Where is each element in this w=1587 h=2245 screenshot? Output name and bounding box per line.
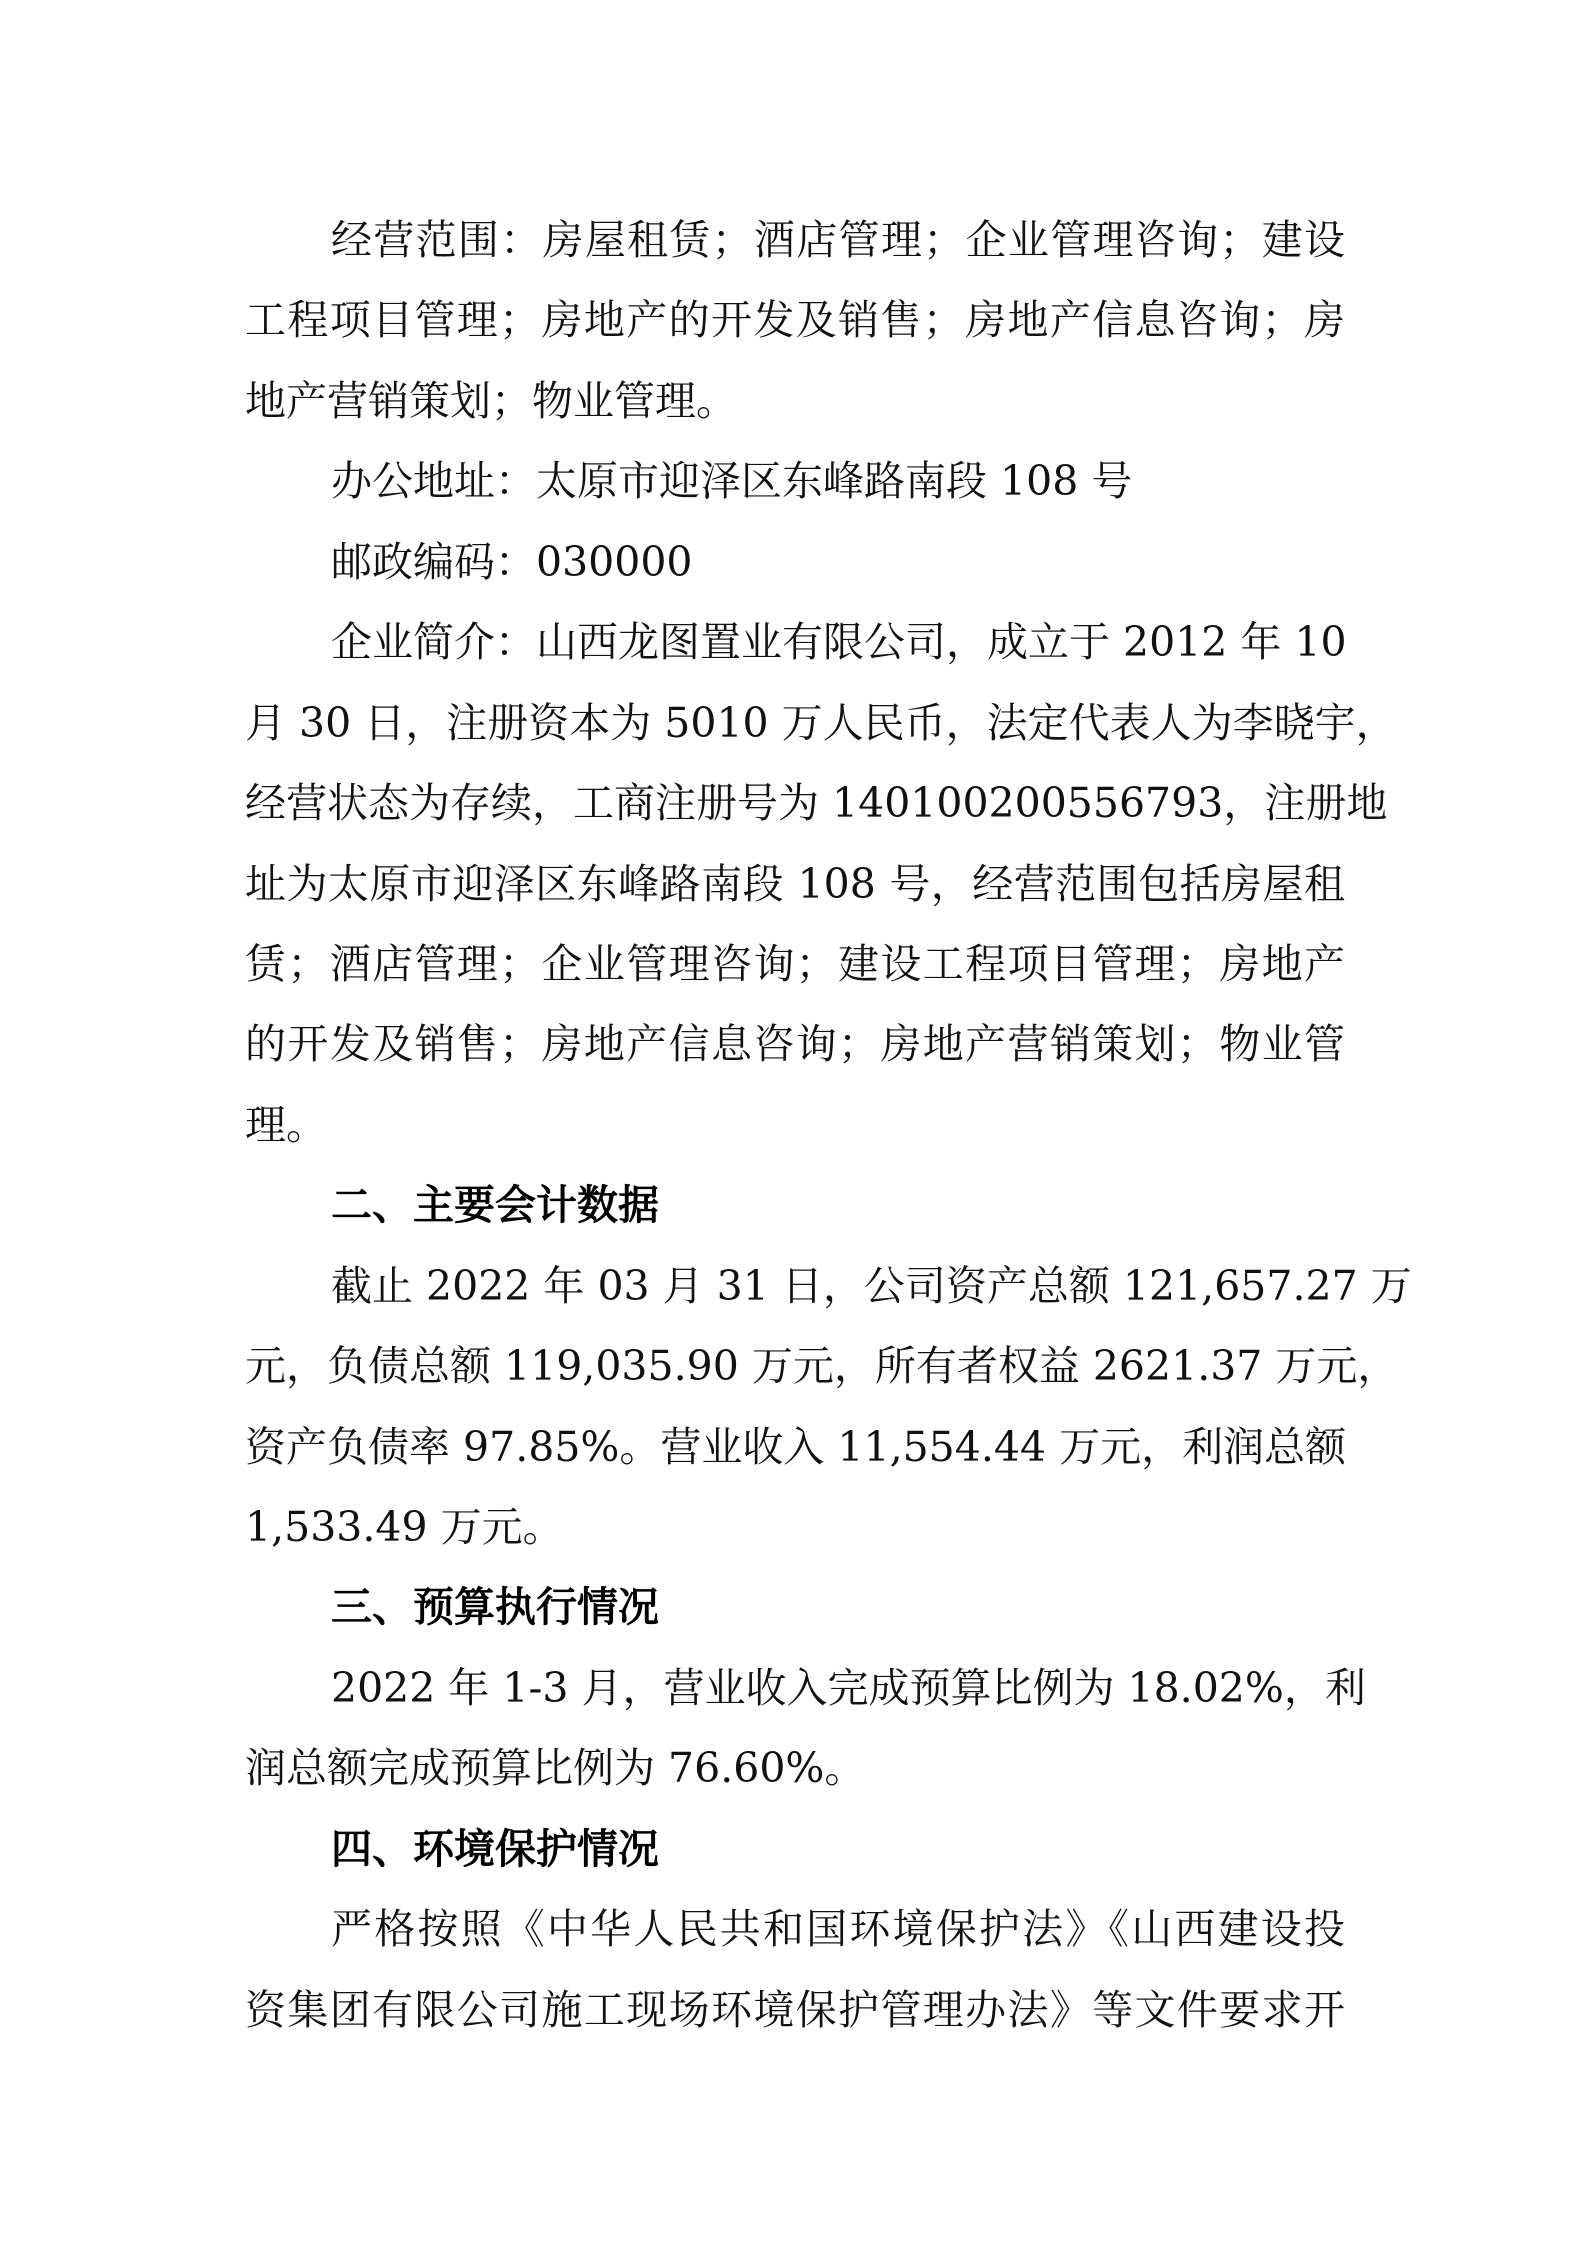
accounting-data-line-2: 元，负债总额 119,035.90 万元，所有者权益 2621.37 万元，	[245, 1338, 1345, 1418]
company-profile-line-7: 理。	[245, 1097, 1345, 1177]
postal-code-line: 邮政编码：030000	[245, 534, 1345, 614]
company-profile-line-5: 赁；酒店管理；企业管理咨询；建设工程项目管理；房地产	[245, 936, 1345, 1016]
section-heading-budget-execution: 三、预算执行情况	[245, 1579, 1345, 1659]
company-profile-line-4: 址为太原市迎泽区东峰路南段 108 号，经营范围包括房屋租	[245, 856, 1345, 936]
budget-execution-line-1: 2022 年 1-3 月，营业收入完成预算比例为 18.02%，利	[245, 1660, 1345, 1740]
accounting-data-line-1: 截止 2022 年 03 月 31 日，公司资产总额 121,657.27 万	[245, 1258, 1345, 1338]
business-scope-line-1: 经营范围：房屋租赁；酒店管理；企业管理咨询；建设	[245, 212, 1345, 292]
company-profile-line-3: 经营状态为存续，工商注册号为 140100200556793，注册地	[245, 775, 1345, 855]
environmental-protection-line-1: 严格按照《中华人民共和国环境保护法》《山西建设投	[245, 1901, 1345, 1981]
section-heading-environmental-protection: 四、环境保护情况	[245, 1821, 1345, 1901]
text-column: 经营范围：房屋租赁；酒店管理；企业管理咨询；建设 工程项目管理；房地产的开发及销…	[245, 212, 1345, 2062]
document-page: 经营范围：房屋租赁；酒店管理；企业管理咨询；建设 工程项目管理；房地产的开发及销…	[0, 0, 1587, 2245]
section-heading-accounting-data: 二、主要会计数据	[245, 1177, 1345, 1257]
environmental-protection-line-2: 资集团有限公司施工现场环境保护管理办法》等文件要求开	[245, 1982, 1345, 2062]
office-address-line: 办公地址：太原市迎泽区东峰路南段 108 号	[245, 453, 1345, 533]
budget-execution-line-2: 润总额完成预算比例为 76.60%。	[245, 1740, 1345, 1820]
company-profile-line-1: 企业简介：山西龙图置业有限公司，成立于 2012 年 10	[245, 614, 1345, 694]
business-scope-line-3: 地产营销策划；物业管理。	[245, 373, 1345, 453]
accounting-data-line-4: 1,533.49 万元。	[245, 1499, 1345, 1579]
business-scope-line-2: 工程项目管理；房地产的开发及销售；房地产信息咨询；房	[245, 292, 1345, 372]
company-profile-line-2: 月 30 日，注册资本为 5010 万人民币，法定代表人为李晓宇，	[245, 695, 1345, 775]
company-profile-line-6: 的开发及销售；房地产信息咨询；房地产营销策划；物业管	[245, 1016, 1345, 1096]
accounting-data-line-3: 资产负债率 97.85%。营业收入 11,554.44 万元，利润总额	[245, 1419, 1345, 1499]
